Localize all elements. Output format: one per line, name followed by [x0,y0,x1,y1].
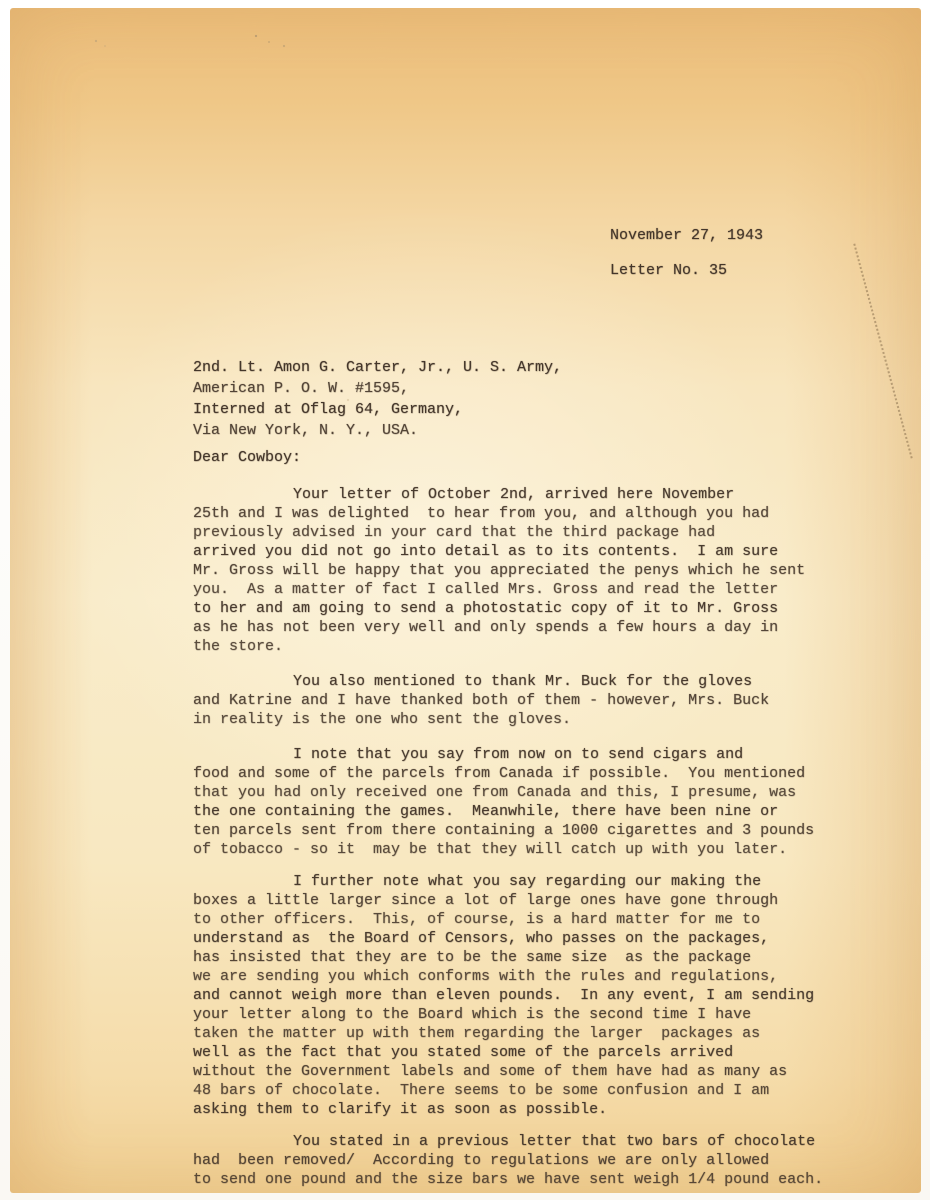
text-line: the one containing the games. Meanwhile,… [193,802,903,821]
text-line: asking them to clarify it as soon as pos… [193,1100,903,1119]
text-line: Via New York, N. Y., USA. [193,420,562,441]
text-line: the store. [193,637,903,656]
text-line: 2nd. Lt. Amon G. Carter, Jr., U. S. Army… [193,357,562,378]
text-line: has insisted that they are to be the sam… [193,948,903,967]
text-line: of tobacco - so it may be that they will… [193,840,903,859]
text-line: that you had only received one from Cana… [193,783,903,802]
text-line: taken the matter up with them regarding … [193,1024,903,1043]
text-line: without the Government labels and some o… [193,1062,903,1081]
letter-paper: November 27, 1943 Letter No. 35 2nd. Lt.… [10,8,921,1193]
text-line: and Katrine and I have thanked both of t… [193,691,903,710]
text-line: to send one pound and the size bars we h… [193,1170,903,1189]
paper-crease-mark [853,244,912,459]
text-line: food and some of the parcels from Canada… [193,764,903,783]
text-line: ten parcels sent from there containing a… [193,821,903,840]
text-line: to her and am going to send a photostati… [193,599,903,618]
text-line: Mr. Gross will be happy that you appreci… [193,561,903,580]
text-line: I note that you say from now on to send … [193,745,903,764]
text-line: 48 bars of chocolate. There seems to be … [193,1081,903,1100]
text-line: in reality is the one who sent the glove… [193,710,903,729]
text-line: boxes a little larger since a lot of lar… [193,891,903,910]
paragraph-1: Your letter of October 2nd, arrived here… [193,485,903,656]
text-line: You also mentioned to thank Mr. Buck for… [193,672,903,691]
text-line: as he has not been very well and only sp… [193,618,903,637]
paragraph-3: I note that you say from now on to send … [193,745,903,859]
paragraph-2: You also mentioned to thank Mr. Buck for… [193,672,903,729]
text-line: 25th and I was delighted to hear from yo… [193,504,903,523]
text-line: Interned at Oflag 64, Germany, [193,399,562,420]
salutation: Dear Cowboy: [193,448,301,467]
letter-number: Letter No. 35 [610,261,727,280]
text-line: well as the fact that you stated some of… [193,1043,903,1062]
text-line: you. As a matter of fact I called Mrs. G… [193,580,903,599]
paragraph-4: I further note what you say regarding ou… [193,872,903,1119]
text-line: previously advised in your card that the… [193,523,903,542]
text-line: American P. O. W. #1595, [193,378,562,399]
text-line: understand as the Board of Censors, who … [193,929,903,948]
letter-date: November 27, 1943 [610,226,763,245]
scanned-letter-photo: November 27, 1943 Letter No. 35 2nd. Lt.… [0,0,930,1200]
text-line: to other officers. This, of course, is a… [193,910,903,929]
text-line: I further note what you say regarding ou… [193,872,903,891]
text-line: and cannot weigh more than eleven pounds… [193,986,903,1005]
text-line: had been removed/ According to regulatio… [193,1151,903,1170]
paragraph-5: You stated in a previous letter that two… [193,1132,903,1189]
text-line: your letter along to the Board which is … [193,1005,903,1024]
text-line: Your letter of October 2nd, arrived here… [193,485,903,504]
text-line: arrived you did not go into detail as to… [193,542,903,561]
text-line: You stated in a previous letter that two… [193,1132,903,1151]
text-line: we are sending you which conforms with t… [193,967,903,986]
recipient-address: 2nd. Lt. Amon G. Carter, Jr., U. S. Army… [193,357,562,441]
